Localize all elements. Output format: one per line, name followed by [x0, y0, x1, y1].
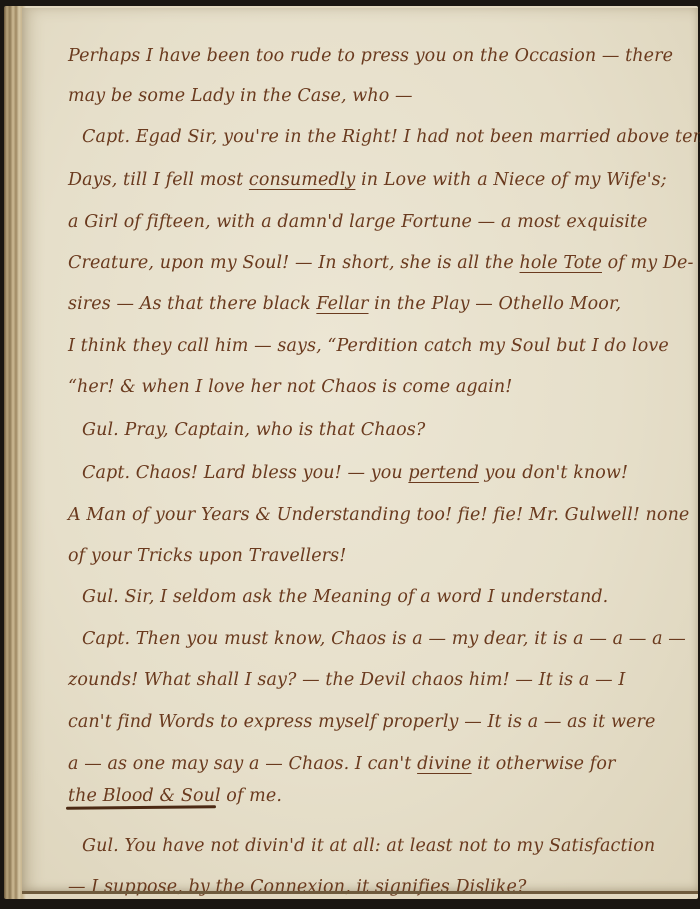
line-text: — I suppose, by the Connexion, it signif…	[68, 877, 526, 897]
line-text: Pray, Captain, who is that Chaos?	[124, 420, 425, 440]
manuscript-line-6: Creature, upon my Soul! — In short, she …	[68, 253, 693, 273]
line-text: Egad Sir, you're in the Right! I had not…	[136, 127, 700, 147]
section-divider-rule	[66, 805, 216, 810]
manuscript-line-8: I think they call him — says, “Perdition…	[68, 336, 669, 356]
line-text: can't find Words to express myself prope…	[68, 712, 655, 732]
line-text: Chaos! Lard bless you! — you	[136, 463, 409, 483]
manuscript-line-11: Capt. Chaos! Lard bless you! — you perte…	[82, 463, 628, 483]
line-text: a Girl of fifteen, with a damn'd large F…	[68, 212, 648, 232]
speaker-label: Capt.	[82, 629, 130, 649]
speaker-label: Capt.	[82, 463, 130, 483]
manuscript-line-18: a — as one may say a — Chaos. I can't di…	[68, 754, 615, 774]
line-text: of your Tricks upon Travellers!	[68, 546, 346, 566]
line-text: A Man of your Years & Understanding too!…	[68, 505, 689, 525]
manuscript-line-21: — I suppose, by the Connexion, it signif…	[68, 877, 526, 897]
line-text: Perhaps I have been too rude to press yo…	[68, 46, 673, 66]
underlined-word: divine	[417, 754, 472, 774]
manuscript-line-3: Capt. Egad Sir, you're in the Right! I h…	[82, 127, 700, 147]
manuscript-line-15: Capt. Then you must know, Chaos is a — m…	[82, 629, 686, 649]
line-text: You have not divin'd it at all: at least…	[124, 836, 655, 856]
manuscript-line-4: Days, till I fell most consumedly in Lov…	[68, 170, 667, 190]
manuscript-line-19: the Blood & Soul of me.	[68, 786, 282, 806]
line-text: zounds! What shall I say? — the Devil ch…	[68, 670, 625, 690]
line-text: of my De-	[602, 253, 693, 273]
underlined-word: Fellar	[316, 294, 368, 314]
underlined-word: pertend	[408, 463, 479, 483]
manuscript-line-13: of your Tricks upon Travellers!	[68, 546, 346, 566]
line-text: “her! & when I love her not Chaos is com…	[68, 377, 512, 397]
underlined-word: consumedly	[249, 170, 356, 190]
line-text: I think they call him — says, “Perdition…	[68, 336, 669, 356]
manuscript-scan: Perhaps I have been too rude to press yo…	[0, 0, 700, 909]
manuscript-line-10: Gul. Pray, Captain, who is that Chaos?	[82, 420, 425, 440]
manuscript-line-7: sires — As that there black Fellar in th…	[68, 294, 621, 314]
speaker-label: Gul.	[82, 420, 119, 440]
speaker-label: Capt.	[82, 127, 130, 147]
line-text: Then you must know, Chaos is a — my dear…	[136, 629, 686, 649]
manuscript-line-1: Perhaps I have been too rude to press yo…	[68, 46, 673, 66]
line-text: it otherwise for	[472, 754, 616, 774]
manuscript-line-5: a Girl of fifteen, with a damn'd large F…	[68, 212, 648, 232]
line-text: may be some Lady in the Case, who —	[68, 86, 413, 106]
line-text: Sir, I seldom ask the Meaning of a word …	[124, 587, 608, 607]
manuscript-line-9: “her! & when I love her not Chaos is com…	[68, 377, 512, 397]
line-text: Days, till I fell most	[68, 170, 249, 190]
manuscript-line-2: may be some Lady in the Case, who —	[68, 86, 413, 106]
manuscript-line-12: A Man of your Years & Understanding too!…	[68, 505, 689, 525]
line-text: Creature, upon my Soul! — In short, she …	[68, 253, 520, 273]
speaker-label: Gul.	[82, 836, 119, 856]
line-text: a — as one may say a — Chaos. I can't	[68, 754, 417, 774]
manuscript-line-20: Gul. You have not divin'd it at all: at …	[82, 836, 655, 856]
line-text: you don't know!	[479, 463, 628, 483]
manuscript-line-14: Gul. Sir, I seldom ask the Meaning of a …	[82, 587, 608, 607]
line-text: in the Play — Othello Moor,	[369, 294, 622, 314]
line-text: sires — As that there black	[68, 294, 316, 314]
manuscript-line-17: can't find Words to express myself prope…	[68, 712, 655, 732]
line-text: in Love with a Niece of my Wife's;	[355, 170, 666, 190]
line-text: the Blood & Soul of me.	[68, 786, 282, 806]
manuscript-page: Perhaps I have been too rude to press yo…	[22, 8, 698, 894]
manuscript-line-16: zounds! What shall I say? — the Devil ch…	[68, 670, 625, 690]
speaker-label: Gul.	[82, 587, 119, 607]
underlined-word: hole Tote	[520, 253, 602, 273]
